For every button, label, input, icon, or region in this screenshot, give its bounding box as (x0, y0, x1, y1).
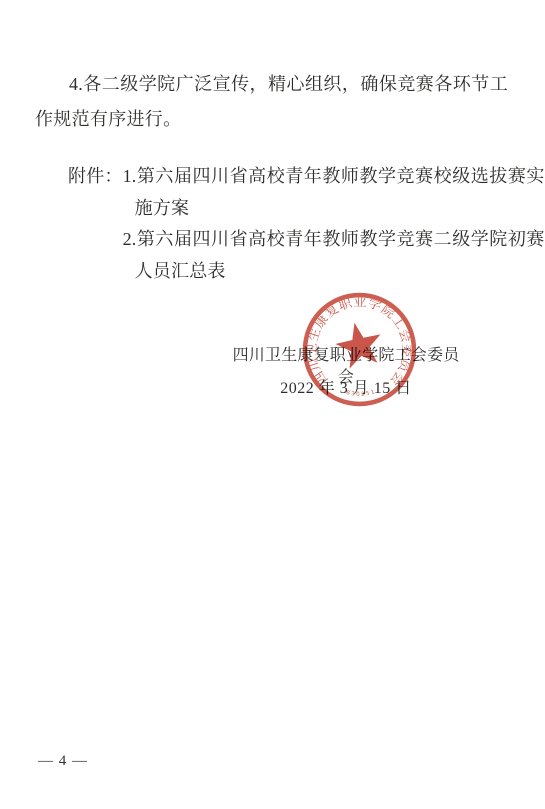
page-number: — 4 — (38, 753, 88, 770)
attachment-item-1: 1.第六届四川省高校青年教师教学竞赛校级选拔赛实施方案 (123, 161, 545, 224)
issue-date: 2022 年 3 月 15 日 (225, 378, 467, 400)
attachment-block: 附件： 1.第六届四川省高校青年教师教学竞赛校级选拔赛实施方案 2.第六届四川省… (68, 161, 545, 287)
attachment-list: 1.第六届四川省高校青年教师教学竞赛校级选拔赛实施方案 2.第六届四川省高校青年… (123, 161, 545, 287)
attachment-item-2: 2.第六届四川省高校青年教师教学竞赛二级学院初赛人员汇总表 (123, 224, 545, 287)
attachment-label: 附件： (68, 161, 123, 287)
document-page: 4.各二级学院广泛宣传，精心组织，确保竞赛各环节工作规范有序进行。 附件： 1.… (0, 0, 545, 809)
body-paragraph: 4.各二级学院广泛宣传，精心组织，确保竞赛各环节工作规范有序进行。 (35, 67, 508, 137)
